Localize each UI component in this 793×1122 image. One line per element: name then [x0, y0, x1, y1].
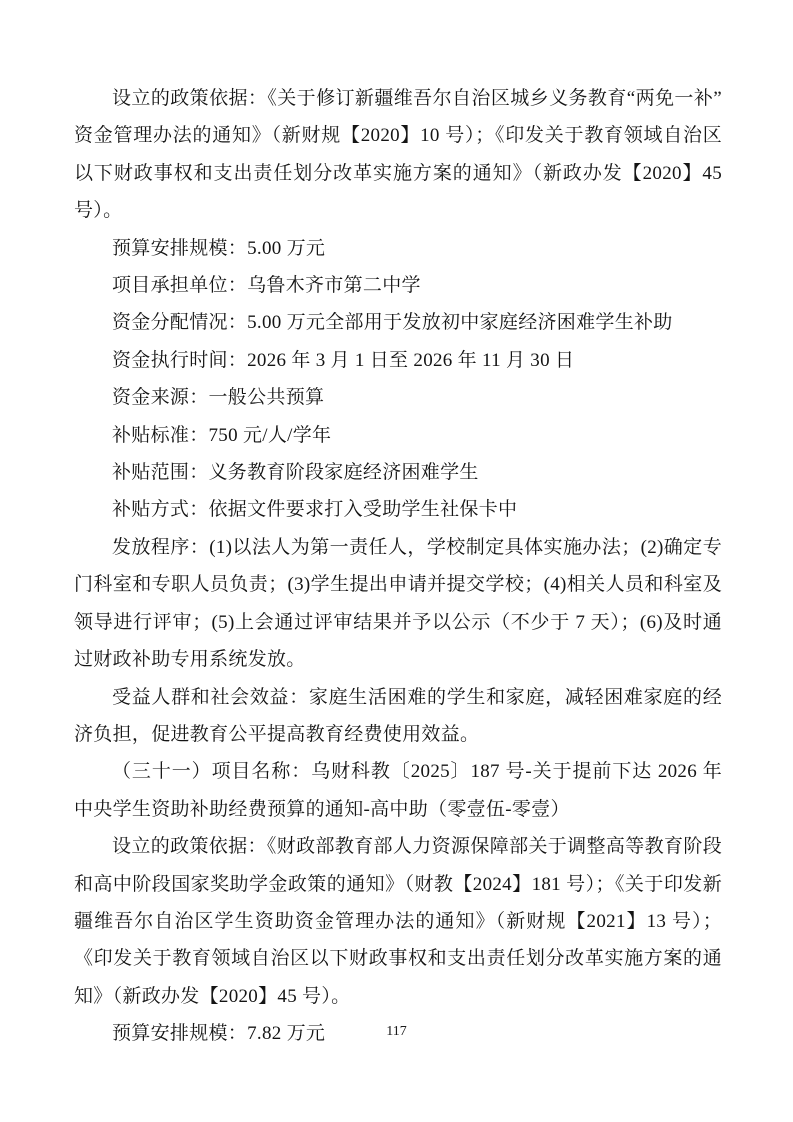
paragraph-subsidy-scope: 补贴范围：义务教育阶段家庭经济困难学生 [74, 454, 722, 491]
page-number: 117 [0, 1024, 793, 1040]
paragraph-budget-scale: 预算安排规模：5.00 万元 [74, 230, 722, 267]
paragraph-beneficiaries-social-benefit: 受益人群和社会效益：家庭生活困难的学生和家庭，减轻困难家庭的经济负担，促进教育公… [74, 679, 722, 754]
paragraph-distribution-procedure: 发放程序：(1)以法人为第一责任人，学校制定具体实施办法；(2)确定专门科室和专… [74, 529, 722, 679]
paragraph-fund-source: 资金来源：一般公共预算 [74, 379, 722, 416]
paragraph-project-31-name: （三十一）项目名称：乌财科教〔2025〕187 号-关于提前下达 2026 年中… [74, 753, 722, 828]
paragraph-policy-basis-2: 设立的政策依据：《财政部教育部人力资源保障部关于调整高等教育阶段和高中阶段国家奖… [74, 828, 722, 1015]
document-body: 设立的政策依据：《关于修订新疆维吾尔自治区城乡义务教育“两免一补”资金管理办法的… [74, 80, 722, 1053]
paragraph-fund-execution-time: 资金执行时间：2026 年 3 月 1 日至 2026 年 11 月 30 日 [74, 342, 722, 379]
paragraph-subsidy-method: 补贴方式：依据文件要求打入受助学生社保卡中 [74, 491, 722, 528]
paragraph-subsidy-standard: 补贴标准：750 元/人/学年 [74, 417, 722, 454]
paragraph-undertaking-unit: 项目承担单位：乌鲁木齐市第二中学 [74, 267, 722, 304]
paragraph-fund-allocation: 资金分配情况：5.00 万元全部用于发放初中家庭经济困难学生补助 [74, 304, 722, 341]
paragraph-policy-basis: 设立的政策依据：《关于修订新疆维吾尔自治区城乡义务教育“两免一补”资金管理办法的… [74, 80, 722, 230]
document-page: 设立的政策依据：《关于修订新疆维吾尔自治区城乡义务教育“两免一补”资金管理办法的… [0, 0, 793, 1122]
